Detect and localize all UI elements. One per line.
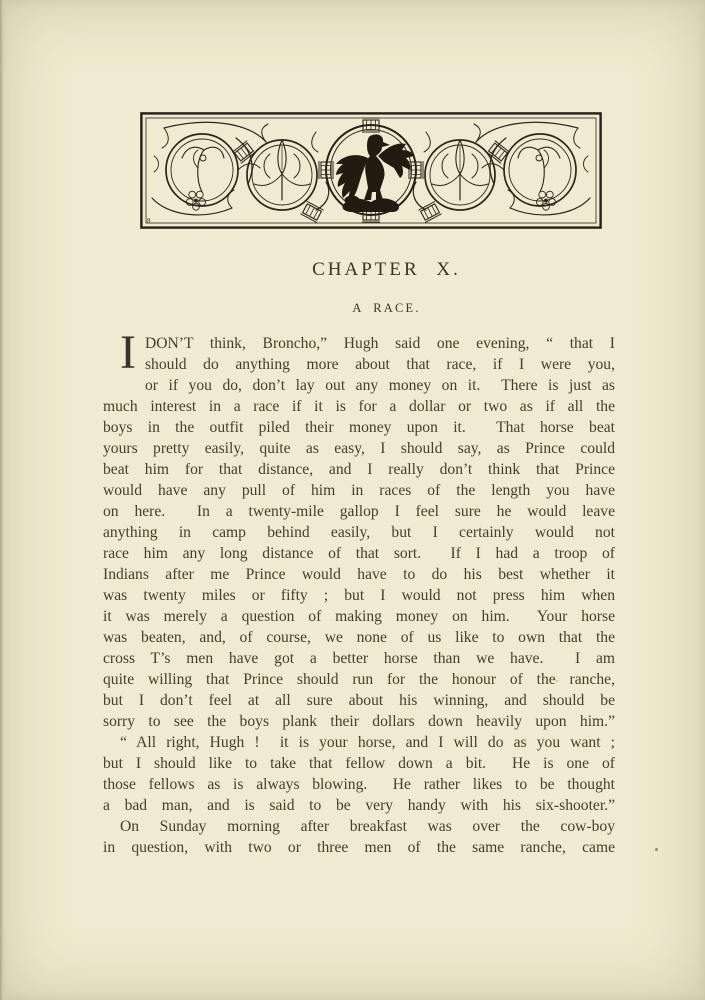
text-line: or if you do, don’t lay out any money on… — [145, 375, 615, 396]
text-line: was beaten, and, of course, we none of u… — [103, 627, 615, 648]
text-line: On Sunday morning after breakfast was ov… — [103, 816, 615, 837]
scan-speck — [556, 680, 558, 682]
text-line: cross T’s men have got a better horse th… — [103, 648, 615, 669]
text-line: in question, with two or three men of th… — [103, 837, 615, 858]
text-line: was twenty miles or fifty ; but I would … — [103, 585, 615, 606]
text-line: quite willing that Prince should run for… — [103, 669, 615, 690]
drop-cap: I — [120, 334, 136, 376]
text-line: those fellows as is always blowing. He r… — [103, 774, 615, 795]
text-line: race him any long distance of that sort.… — [103, 543, 615, 564]
ornament-band-svg: 8 — [140, 112, 602, 229]
text-line: much interest in a race if it is for a d… — [103, 396, 615, 417]
paragraph-3: On Sunday morning after breakfast was ov… — [103, 816, 615, 879]
text-line: “ All right, Hugh ! it is your horse, an… — [103, 732, 615, 753]
text-line: Indians after me Prince would have to do… — [103, 564, 615, 585]
section-title: A RACE. — [34, 301, 705, 316]
body-text: I DON’T think, Broncho,” Hugh said one e… — [103, 333, 615, 879]
text-line: on here. In a twenty-mile gallop I feel … — [103, 501, 615, 522]
book-page: 8 CHAPTER X. A RACE. I DON’T think, Bron… — [0, 0, 705, 1000]
paragraph-2: “ All right, Hugh ! it is your horse, an… — [103, 732, 615, 816]
scan-left-edge — [0, 0, 5, 1000]
text-line: beat him for that distance, and I really… — [103, 459, 615, 480]
text-line: DON’T think, Broncho,” Hugh said one eve… — [145, 333, 615, 354]
text-line: would have any pull of him in races of t… — [103, 480, 615, 501]
engraver-mark: 8 — [147, 217, 151, 225]
chapter-header-ornament: 8 — [140, 112, 602, 229]
text-line: yours pretty easily, quite as easy, I sh… — [103, 438, 615, 459]
text-line: boys in the outfit piled their money upo… — [103, 417, 615, 438]
chapter-title: CHAPTER X. — [34, 259, 705, 281]
text-line: anything in camp behind easily, but I ce… — [103, 522, 615, 543]
right-scrollwork — [413, 122, 590, 222]
paragraph-1: I DON’T think, Broncho,” Hugh said one e… — [103, 333, 615, 732]
text-line: a bad man, and is said to be very handy … — [103, 795, 615, 816]
text-line: it was merely a question of making money… — [103, 606, 615, 627]
text-line: but I should like to take that fellow do… — [103, 753, 615, 774]
text-line: but I don’t feel at all sure about his w… — [103, 690, 615, 711]
eagle-medallion — [319, 118, 423, 222]
scan-speck — [655, 848, 658, 851]
text-line-with-brand: across from their waggon to that of the … — [103, 858, 615, 879]
text-line: sorry to see the boys plank their dollar… — [103, 711, 615, 732]
text-line: should do anything more about that race,… — [145, 354, 615, 375]
left-scrollwork — [152, 122, 329, 222]
